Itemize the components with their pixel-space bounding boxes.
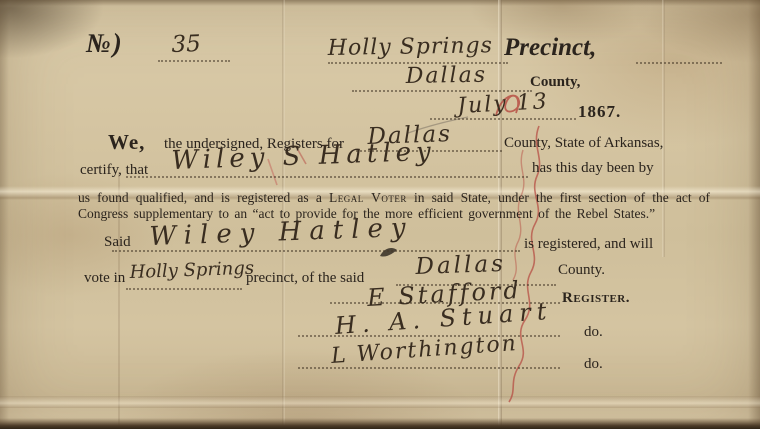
- certify-tail-text: has this day been by: [532, 160, 654, 177]
- paper-torn-edge: [0, 418, 760, 429]
- dotted-line: [126, 176, 528, 178]
- vote-tail-text: County.: [558, 262, 605, 279]
- dotted-line: [430, 118, 576, 120]
- said-label: Said: [104, 234, 131, 251]
- register-title-1: Register.: [562, 290, 630, 307]
- county-name-handwritten-top: Dallas: [406, 63, 488, 89]
- legal-voter-phrase: Legal Voter: [329, 190, 407, 205]
- vote-mid-text: precinct, of the said: [246, 270, 364, 287]
- we-word: We,: [108, 130, 145, 155]
- dotted-line: [158, 60, 230, 62]
- register-title-2: do.: [584, 324, 603, 341]
- county-label-top: County,: [530, 74, 580, 91]
- document-number-label: №): [86, 28, 124, 59]
- said-tail-text: is registered, and will: [524, 236, 653, 253]
- precinct-label: Precinct,: [504, 34, 596, 62]
- date-handwritten: July 13: [457, 89, 550, 119]
- paragraph-lead: us found qualified, and is registered as…: [78, 190, 322, 205]
- vote-county-handwritten: Dallas: [415, 251, 506, 280]
- year-printed: 1867.: [578, 102, 621, 122]
- vote-precinct-handwritten: Holly Springs: [129, 258, 254, 283]
- register-title-3: do.: [584, 356, 603, 373]
- precinct-name-handwritten: Holly Springs: [328, 33, 494, 61]
- vote-lead-text: vote in: [84, 270, 125, 287]
- dotted-line: [636, 62, 722, 64]
- document-number-value: 35: [171, 31, 201, 58]
- certify-label: certify, that: [80, 162, 148, 179]
- dotted-line: [126, 288, 242, 290]
- scanned-certificate: №) 35 Holly Springs Precinct, Dallas Cou…: [0, 0, 760, 429]
- state-text: County, State of Arkansas,: [504, 135, 663, 152]
